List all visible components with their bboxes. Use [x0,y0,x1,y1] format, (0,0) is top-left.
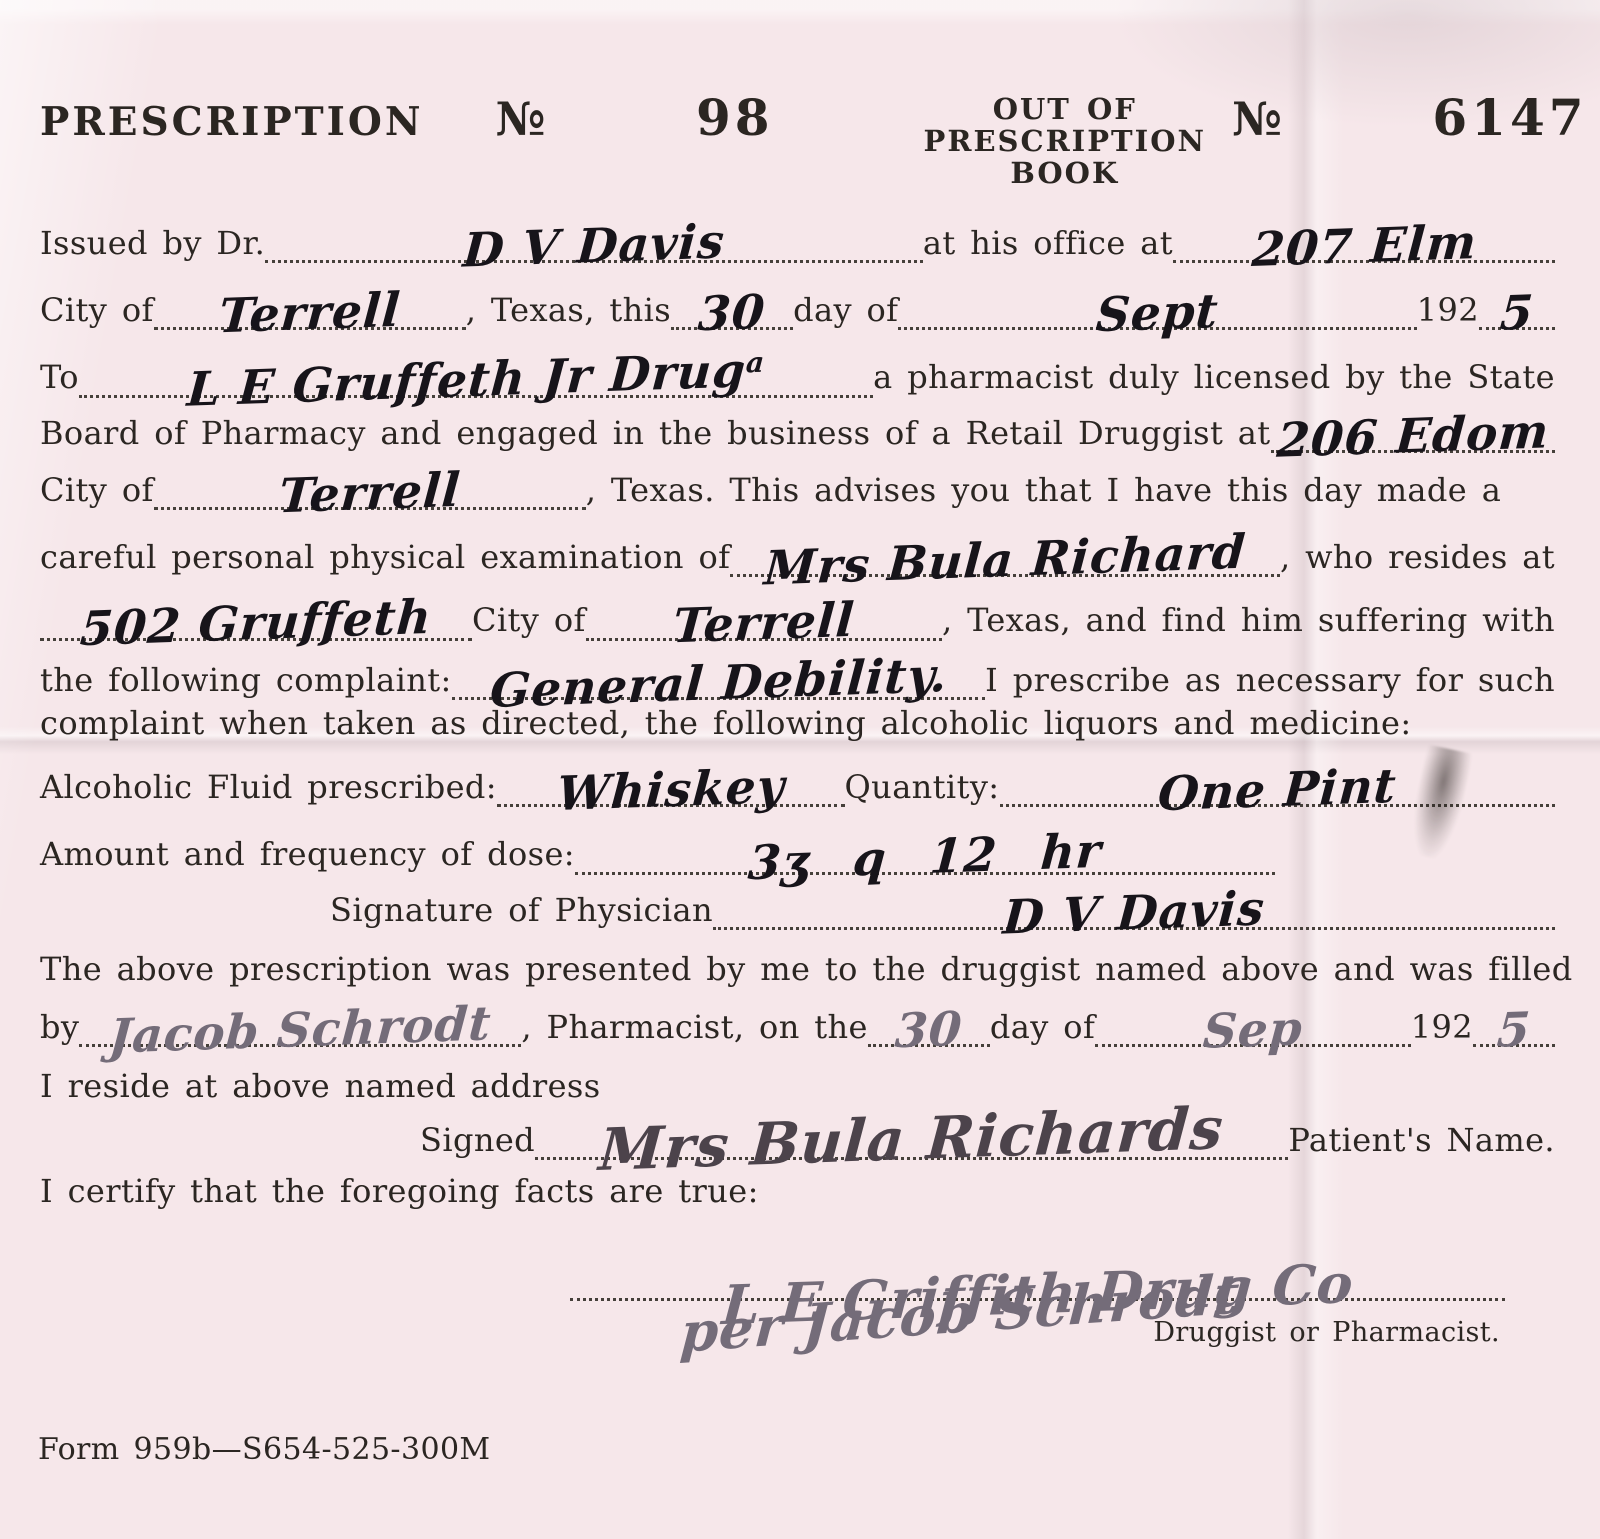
issue-day-entry: 30 [697,292,767,337]
book-number: 6147 [1432,88,1587,147]
reside-label: I reside at above named address [40,1067,601,1105]
reside-line: I reside at above named address [40,1067,1555,1105]
form-number-text: Form 959b—S654-525-300M [38,1432,491,1467]
filled-day-field: 30 [868,1002,990,1047]
druggist-city-entry: Terrell [278,470,462,519]
druggist-city-field: Terrell [154,465,586,510]
filled-paragraph-label: The above prescription was presented by … [40,950,1573,988]
patient-address-entry: 502 Gruffeth [79,597,434,652]
filled-by-line: by Jacob Schrodt , Pharmacist, on the 30… [40,1002,1555,1047]
issue-year-entry: 5 [1499,292,1536,336]
by-label: by [40,1008,79,1046]
signed-label: Signed [420,1121,535,1159]
patient-city-entry: Terrell [672,600,856,649]
complaint-field: General Debility. [452,655,985,700]
druggist-signature-below: Druggist or Pharmacist. per Jacob Schrod… [570,1301,1505,1441]
book-title-line3: BOOK [924,158,1206,190]
day-of-label-2: day of [990,1008,1095,1046]
filling-pharmacist-field: Jacob Schrodt [79,1002,521,1047]
dose-entry: 3ʒ q 12 hr [747,831,1103,886]
physician-sig-label: Signature of Physician [330,891,713,929]
fluid-label: Alcoholic Fluid prescribed: [40,768,497,806]
issue-city-field: Terrell [154,285,466,330]
year-printed-1: 192 [1417,291,1479,329]
patient-address-field: 502 Gruffeth [40,595,472,640]
issue-city-date-line: City of Terrell , Texas, this 30 day of … [40,285,1555,330]
residence-line: 502 Gruffeth City of Terrell , Texas, an… [40,595,1555,640]
book-title-line1: OUT OF [924,94,1206,126]
to-pharmacist-line: To L E Gruffeth Jr Druga a pharmacist du… [40,352,1555,397]
pharmacist-on-label: , Pharmacist, on the [521,1008,868,1046]
filling-pharmacist-entry: Jacob Schrodt [108,1003,493,1059]
filled-year-field: 5 [1473,1002,1555,1047]
office-address-entry: 207 Elm [1250,222,1478,272]
patient-name-field: Mrs Bula Richard [730,532,1280,577]
physician-signature-field: D V Davis [713,885,1555,930]
day-of-label-1: day of [793,291,898,329]
exam-printed-label: careful personal physical examination of [40,538,730,576]
texas-this-label: , Texas, this [466,291,671,329]
prescription-number: 98 [696,88,774,147]
quantity-entry: One Pint [1157,766,1398,817]
year-printed-2: 192 [1411,1008,1473,1046]
dose-line: Amount and frequency of dose: 3ʒ q 12 hr [40,829,1275,874]
form-body: Issued by Dr. D V Davis at his office at… [0,218,1600,1442]
office-at-label: at his office at [923,224,1173,262]
quantity-label: Quantity: [845,768,1000,806]
physician-signature-line: Signature of Physician D V Davis [330,885,1555,930]
issued-by-line: Issued by Dr. D V Davis at his office at… [40,218,1555,263]
city-label-1: City of [40,291,154,329]
issue-year-field: 5 [1479,285,1555,330]
filled-paragraph-line: The above prescription was presented by … [40,950,1555,988]
form-header: PRESCRIPTION № 98 OUT OF PRESCRIPTION BO… [0,0,1600,184]
prescription-no-symbol: № [496,92,546,146]
dose-field: 3ʒ q 12 hr [575,829,1275,874]
pharmacist-firm-field: L E Gruffeth Jr Druga [79,352,873,397]
pharmacist-printed-label: a pharmacist duly licensed by the State [873,358,1555,396]
resides-printed-label: , who resides at [1280,538,1555,576]
patients-name-label: Patient's Name. [1288,1121,1555,1159]
prescription-title: PRESCRIPTION [40,99,424,145]
complaint-label: the following complaint: [40,661,452,699]
filled-month-entry: Sep [1202,1008,1305,1054]
doctor-name-entry: D V Davis [462,221,727,273]
board-printed-label: Board of Pharmacy and engaged in the bus… [40,414,1271,452]
city-label-3: City of [472,601,586,639]
examination-line: careful personal physical examination of… [40,532,1555,577]
advises-line: City of Terrell , Texas. This advises yo… [40,465,1555,510]
physician-signature-entry: D V Davis [1002,888,1267,940]
issue-month-field: Sept [898,285,1416,330]
complaint-line2: complaint when taken as directed, the fo… [40,704,1555,742]
advises-printed-label: , Texas. This advises you that I have th… [586,471,1501,509]
caret-note-entry: a [745,350,766,376]
book-title-line2: PRESCRIPTION [924,126,1206,158]
certify-line: I certify that the foregoing facts are t… [40,1172,1555,1210]
fluid-line: Alcoholic Fluid prescribed: Whiskey Quan… [40,762,1555,807]
fluid-entry: Whiskey [555,766,786,816]
prescribe-printed-label: I prescribe as necessary for such [985,661,1555,699]
complaint-entry: General Debility. [488,655,948,713]
filled-year-entry: 5 [1496,1009,1533,1053]
issue-day-field: 30 [671,285,793,330]
issued-by-label: Issued by Dr. [40,224,265,262]
city-label-2: City of [40,471,154,509]
suffering-printed-label: , Texas, and find him suffering with [942,601,1555,639]
druggist-signature-block: L E Griffith Drug Co Druggist or Pharmac… [570,1212,1505,1441]
filled-day-entry: 30 [894,1009,964,1054]
form-number: Form 959b—S654-525-300M [38,1432,491,1467]
doctor-name-field: D V Davis [265,218,923,263]
patient-city-field: Terrell [586,595,942,640]
patient-signed-line: Signed Mrs Bula Richards Patient's Name. [420,1105,1555,1160]
quantity-field: One Pint [1000,762,1556,807]
dose-label: Amount and frequency of dose: [40,835,575,873]
patient-signature-entry: Mrs Bula Richards [598,1102,1226,1176]
complaint-line: the following complaint: General Debilit… [40,655,1555,700]
office-address-field: 207 Elm [1173,218,1555,263]
patient-name-entry: Mrs Bula Richard [763,532,1248,591]
druggist-address-field: 206 Edom [1271,408,1555,453]
issue-month-entry: Sept [1095,291,1220,338]
patient-signature-field: Mrs Bula Richards [535,1105,1288,1160]
to-label: To [40,358,79,396]
book-title: OUT OF PRESCRIPTION BOOK [924,94,1206,190]
pharmacist-firm-entry: L E Gruffeth Jr Drug [186,350,748,412]
druggist-address-entry: 206 Edom [1275,411,1550,463]
fluid-field: Whiskey [497,762,845,807]
issue-city-entry: Terrell [218,290,402,339]
book-no-symbol: № [1232,92,1282,146]
prescription-form-scan: PRESCRIPTION № 98 OUT OF PRESCRIPTION BO… [0,0,1600,1539]
filled-month-field: Sep [1095,1002,1411,1047]
